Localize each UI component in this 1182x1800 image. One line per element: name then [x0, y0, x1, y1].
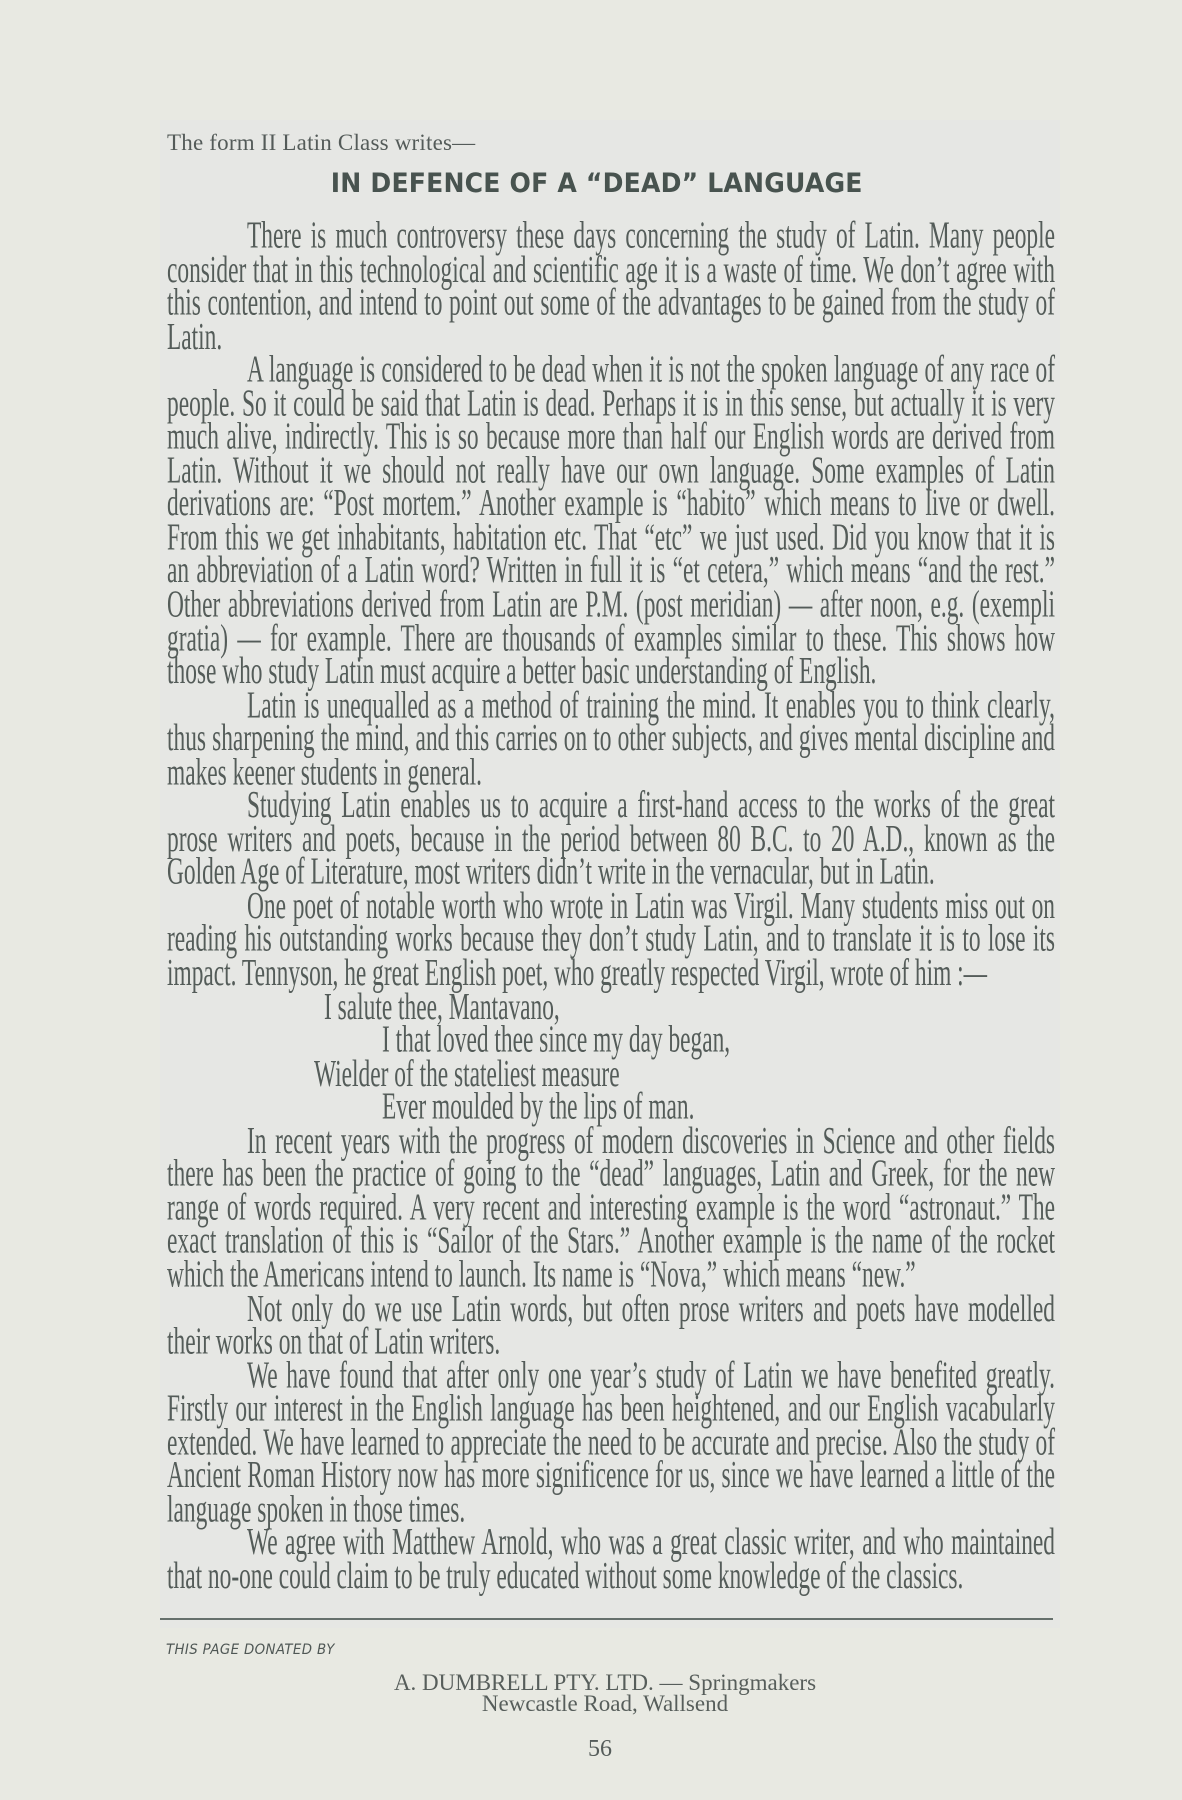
sponsor-address: Newcastle Road, Wallsend	[14, 1693, 1182, 1715]
document-page: The form II Latin Class writes— IN DEFEN…	[0, 0, 1182, 1800]
paragraph: In recent years with the progress of mod…	[167, 1125, 1055, 1293]
paragraph: A language is considered to be dead when…	[167, 354, 1055, 689]
paragraph: We have found that after only one year’s…	[167, 1359, 1055, 1527]
paragraph: There is much controversy these days con…	[167, 220, 1055, 354]
donated-label: THIS PAGE DONATED BY	[166, 1642, 335, 1658]
article-body: There is much controversy these days con…	[167, 220, 1055, 1594]
paragraph: One poet of notable worth who wrote in L…	[167, 890, 1055, 991]
page-number: 56	[0, 1736, 1182, 1763]
poem-quote: I salute thee, Mantavano, I that loved t…	[167, 991, 1055, 1125]
footer-divider	[160, 1618, 1053, 1620]
paragraph: Not only do we use Latin words, but ofte…	[167, 1292, 1055, 1359]
article-title: IN DEFENCE OF A “DEAD” LANGUAGE	[47, 166, 1146, 202]
paragraph: Latin is unequalled as a method of train…	[167, 689, 1055, 790]
article-intro: The form II Latin Class writes—	[167, 128, 475, 158]
paragraph: Studying Latin enables us to acquire a f…	[167, 790, 1055, 891]
paragraph: We agree with Matthew Arnold, who was a …	[167, 1527, 1055, 1594]
